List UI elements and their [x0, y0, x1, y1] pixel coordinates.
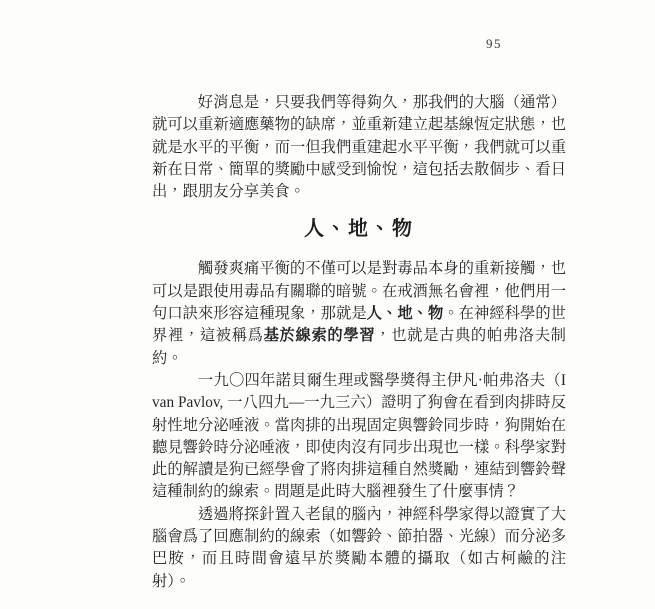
section-heading-people-places-things: 人、地、物 — [152, 216, 566, 242]
paragraph-rat-probes: 透過將探針置入老鼠的腦內，神經科學家得以證實了大腦會爲了回應制約的線索（如響鈴、… — [152, 504, 566, 593]
paragraph-pavlov: 一九〇四年諾貝爾生理或醫學獎得主伊凡·帕弗洛夫（Ivan Pavlov, 一八四… — [152, 370, 566, 504]
paragraph-good-news: 好消息是，只要我們等得夠久，那我們的大腦（通常）就可以重新適應藥物的缺席，並重新… — [152, 92, 566, 203]
text-block: 好消息是，只要我們等得夠久，那我們的大腦（通常）就可以重新適應藥物的缺席，並重新… — [152, 92, 566, 593]
paragraph-cues: 觸發爽痛平衡的不僅可以是對毒品本身的重新接觸，也可以是跟使用毒品有關聯的暗號。在… — [152, 258, 566, 369]
bold-term-cue-based-learning: 基於線索的學習 — [264, 327, 376, 344]
bold-term-people-places-things: 人、地、物 — [367, 305, 444, 322]
page-number: 95 — [486, 36, 502, 52]
book-page: 95 好消息是，只要我們等得夠久，那我們的大腦（通常）就可以重新適應藥物的缺席，… — [0, 0, 655, 609]
